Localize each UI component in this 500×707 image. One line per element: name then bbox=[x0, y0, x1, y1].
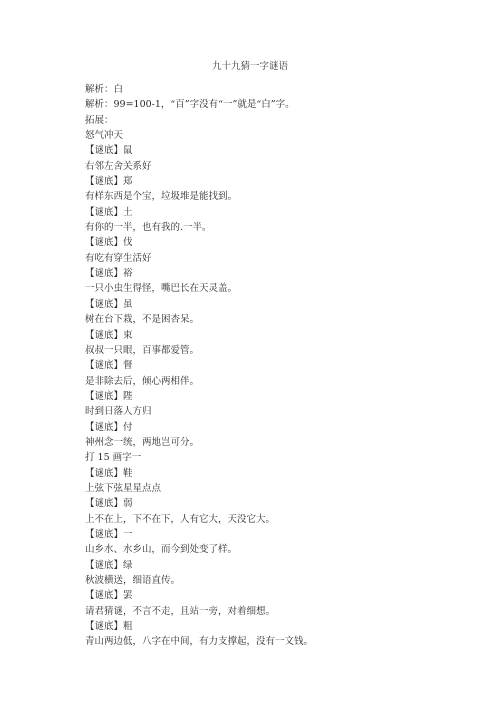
riddle-answer: 【谜底】伐 bbox=[85, 235, 425, 250]
riddle-hint: 打 15 画字一 bbox=[85, 450, 425, 465]
riddle-answer: 【谜底】虽 bbox=[85, 297, 425, 312]
riddle-question: 有吃有穿生活好 bbox=[85, 251, 425, 266]
riddle-answer: 【谜底】罢 bbox=[85, 588, 425, 603]
riddle-question: 神州念一统，两地岂可分。 bbox=[85, 435, 425, 450]
riddle-answer: 【谜底】鞋 bbox=[85, 466, 425, 481]
riddle-answer: 【谜底】绿 bbox=[85, 558, 425, 573]
riddle-question: 青山两边低，八字在中间，有力支撑起，没有一文钱。 bbox=[85, 634, 425, 649]
text-line: 拓展： bbox=[85, 113, 425, 128]
riddle-question: 树在台下栽，不是困杏呆。 bbox=[85, 312, 425, 327]
riddle-answer: 【谜底】付 bbox=[85, 420, 425, 435]
riddle-question: 上不在上，下不在下，人有它大，天没它大。 bbox=[85, 512, 425, 527]
riddle-answer: 【谜底】陛 bbox=[85, 389, 425, 404]
riddle-question: 有样东西是个宝，垃圾堆是能找到。 bbox=[85, 189, 425, 204]
riddle-answer: 【谜底】束 bbox=[85, 328, 425, 343]
document-title: 九十九猜一字谜语 bbox=[0, 60, 500, 74]
riddle-answer: 【谜底】土 bbox=[85, 205, 425, 220]
riddle-answer: 【谜底】督 bbox=[85, 358, 425, 373]
riddle-question: 有你的一半，也有我的.一半。 bbox=[85, 220, 425, 235]
riddle-question: 上弦下弦星星点点 bbox=[85, 481, 425, 496]
riddle-question: 怒气冲天 bbox=[85, 128, 425, 143]
riddle-question: 右邻左舍关系好 bbox=[85, 159, 425, 174]
text-line: 解析：白 bbox=[85, 82, 425, 97]
document-body: 解析：白 解析：99=100-1，“百”字没有“一”就是“白”字。 拓展： 怒气… bbox=[85, 82, 425, 650]
riddle-question: 秋波横送，细语直传。 bbox=[85, 573, 425, 588]
riddle-answer: 【谜底】裕 bbox=[85, 266, 425, 281]
riddle-question: 时到日落人方归 bbox=[85, 404, 425, 419]
riddle-answer: 【谜底】一 bbox=[85, 527, 425, 542]
riddle-answer: 【谜底】粗 bbox=[85, 619, 425, 634]
riddle-answer: 【谜底】弱 bbox=[85, 496, 425, 511]
riddle-answer: 【谜底】郑 bbox=[85, 174, 425, 189]
riddle-question: 叔叔一只眼，百事都爱管。 bbox=[85, 343, 425, 358]
riddle-question: 是非除去后，倾心两相伴。 bbox=[85, 374, 425, 389]
riddle-question: 请君猜谜，不言不走，且站一旁，对着细想。 bbox=[85, 604, 425, 619]
text-line: 解析：99=100-1，“百”字没有“一”就是“白”字。 bbox=[85, 97, 425, 112]
riddle-question: 一只小虫生得怪，嘴巴长在天灵盖。 bbox=[85, 281, 425, 296]
riddle-answer: 【谜底】鼠 bbox=[85, 143, 425, 158]
riddle-question: 山乡水、水乡山，而今到处变了样。 bbox=[85, 542, 425, 557]
